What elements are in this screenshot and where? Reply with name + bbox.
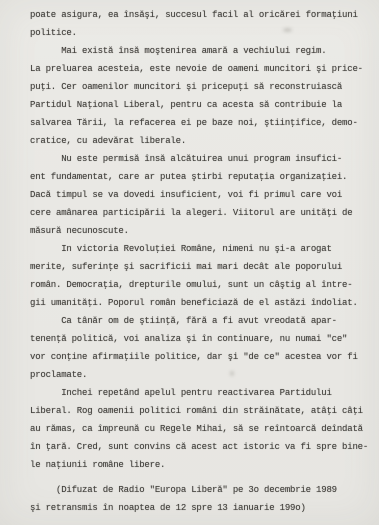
text-line: Partidul Naţional Liberal, pentru ca ace… — [30, 96, 379, 114]
text-line: vor conţine afirmaţiile politice, dar şi… — [30, 348, 379, 366]
text-line: puţi. Cer oamenilor muncitori şi pricepu… — [30, 78, 379, 96]
text-line: Dacă timpul se va dovedi insuficient, vo… — [30, 186, 379, 204]
text-line: salvarea Tării, la refacerea ei pe baze … — [30, 114, 379, 132]
text-line: poate asigura, ea însăşi, succesul facil… — [30, 6, 379, 24]
text-line: le naţiunii române libere. — [30, 456, 379, 474]
document-body: poate asigura, ea însăşi, succesul facil… — [30, 6, 379, 474]
text-line: ent fundamentat, care ar putea ştirbi re… — [30, 168, 379, 186]
text-line: La preluarea acesteia, este nevoie de oa… — [30, 60, 379, 78]
text-line: gii umanităţi. Poporul român beneficiază… — [30, 294, 379, 312]
footer-line: şi retransmis în noaptea de 12 spre 13 i… — [30, 499, 379, 517]
text-line: măsură necunoscute. — [30, 222, 379, 240]
text-line: Ca tânăr om de ştiinţă, fără a fi avut v… — [30, 312, 379, 330]
text-line: tenenţă politică, voi analiza şi în cont… — [30, 330, 379, 348]
text-line: român. Democraţia, drepturile omului, su… — [30, 276, 379, 294]
text-line: politice. — [30, 24, 379, 42]
text-line: Inchei repetând apelul pentru reactivare… — [30, 384, 379, 402]
text-line: cere amânarea participării la alegeri. V… — [30, 204, 379, 222]
text-line: proclamate. — [30, 366, 379, 384]
text-line: Nu este permisă însă alcătuirea unui pro… — [30, 150, 379, 168]
scan-smudge — [283, 28, 292, 32]
document-footer: (Difuzat de Radio "Europa Liberă" pe 3o … — [30, 481, 379, 517]
scan-smudge — [230, 371, 234, 376]
text-line: Liberal. Rog oamenii politici români din… — [30, 402, 379, 420]
footer-line: (Difuzat de Radio "Europa Liberă" pe 3o … — [30, 481, 379, 499]
text-line: Mai există însă moştenirea amară a vechi… — [30, 42, 379, 60]
text-line: au rămas, ca împreună cu Regele Mihai, s… — [30, 420, 379, 438]
text-line: cratice, cu adevărat liberale. — [30, 132, 379, 150]
scanned-page: poate asigura, ea însăşi, succesul facil… — [0, 0, 379, 525]
text-line: merite, suferinţe şi sacrificii mai mari… — [30, 258, 379, 276]
text-line: In victoria Revoluţiei Române, nimeni nu… — [30, 240, 379, 258]
text-line: în ţară. Cred, sunt convins că acest act… — [30, 438, 379, 456]
